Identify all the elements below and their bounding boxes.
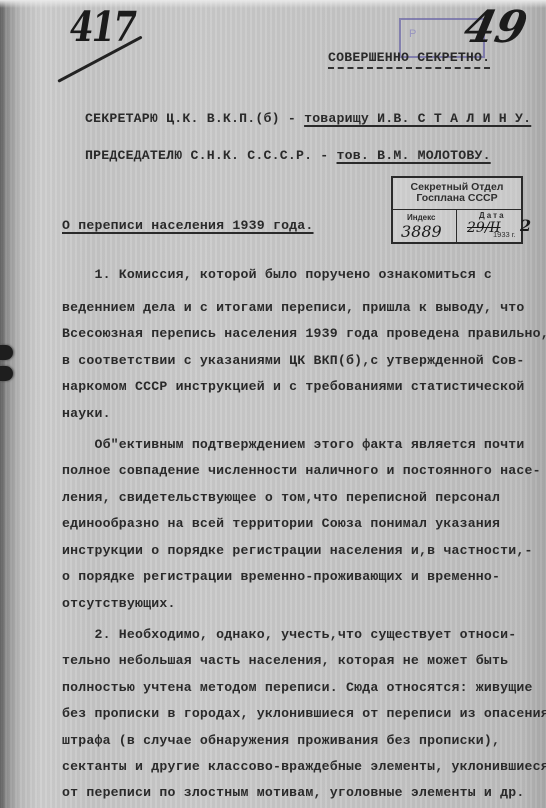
body-line: 2. Необходимо, однако, учесть,что сущест… — [62, 627, 516, 642]
stamp-divider — [393, 209, 521, 210]
body-line: полное совпадение численности наличного … — [62, 463, 541, 478]
addressee-name: тов. В.М. МОЛОТОВУ. — [337, 148, 491, 163]
body-line: от переписи по злостным мотивам, уголовн… — [62, 785, 525, 800]
stamp-index-label: Индекс — [407, 213, 435, 222]
faint-stamp-text: Р — [409, 28, 416, 40]
body-line: ления, свидетельствующее о том,что переп… — [62, 490, 500, 505]
stamp-handwritten-mark: 2 — [520, 216, 531, 235]
document-page: 417 Р 49 СОВЕРШЕННО СЕКРЕТНО. СЕКРЕТАРЮ … — [0, 0, 546, 808]
secret-department-stamp: Секретный Отдел Госплана СССР Индекс Дат… — [391, 176, 523, 244]
body-line: единообразно на всей территории Союза по… — [62, 516, 500, 531]
body-line: наркомом СССР инструкцией и с требования… — [62, 379, 525, 394]
body-line: сектанты и другие классово-враждебные эл… — [62, 759, 546, 774]
stamp-index-value: 3889 — [401, 222, 442, 241]
body-line: без прописки в городах, уклонившиеся от … — [62, 706, 546, 721]
stamp-line2: Госплана СССР — [393, 193, 521, 204]
body-line: о порядке регистрации временно-проживающ… — [62, 569, 500, 584]
stamp-divider-vertical — [456, 209, 457, 242]
addressee-stalin: СЕКРЕТАРЮ Ц.К. В.К.П.(б) - товарищу И.В.… — [85, 111, 531, 126]
body-line: полностью учтена методом переписи. Сюда … — [62, 680, 533, 695]
stamp-header: Секретный Отдел Госплана СССР — [393, 182, 521, 204]
body-line: тельно небольшая часть населения, котора… — [62, 653, 508, 668]
body-line: штрафа (в случае обнаружения проживания … — [62, 733, 500, 748]
body-line: в соответствии с указаниями ЦК ВКП(б),с … — [62, 353, 525, 368]
body-line: науки. — [62, 406, 111, 421]
body-line: Всесоюзная перепись населения 1939 года … — [62, 326, 546, 341]
document-title: О переписи населения 1939 года. — [62, 218, 314, 233]
body-line: веденнием дела и с итогами переписи, при… — [62, 300, 525, 315]
body-line: отсутствующих. — [62, 596, 176, 611]
addressee-position: ПРЕДСЕДАТЕЛЮ С.Н.К. С.С.С.Р. - — [85, 148, 337, 163]
body-line: инструкции о порядке регистрации населен… — [62, 543, 533, 558]
body-line: Об"ективным подтверждением этого факта я… — [62, 437, 525, 452]
stamp-date-label: Дата — [479, 211, 506, 220]
addressee-name: товарищу И.В. С Т А Л И Н У. — [304, 111, 531, 126]
punch-hole — [0, 366, 13, 381]
addressee-position: СЕКРЕТАРЮ Ц.К. В.К.П.(б) - — [85, 111, 304, 126]
stamp-year: 1933 г. — [493, 230, 516, 239]
addressee-molotov: ПРЕДСЕДАТЕЛЮ С.Н.К. С.С.С.Р. - тов. В.М.… — [85, 148, 491, 163]
page-number: 49 — [460, 2, 532, 53]
body-line: 1. Комиссия, которой было поручено ознак… — [62, 267, 492, 282]
punch-hole — [0, 345, 13, 360]
secrecy-mark: СОВЕРШЕННО СЕКРЕТНО. — [328, 50, 490, 69]
